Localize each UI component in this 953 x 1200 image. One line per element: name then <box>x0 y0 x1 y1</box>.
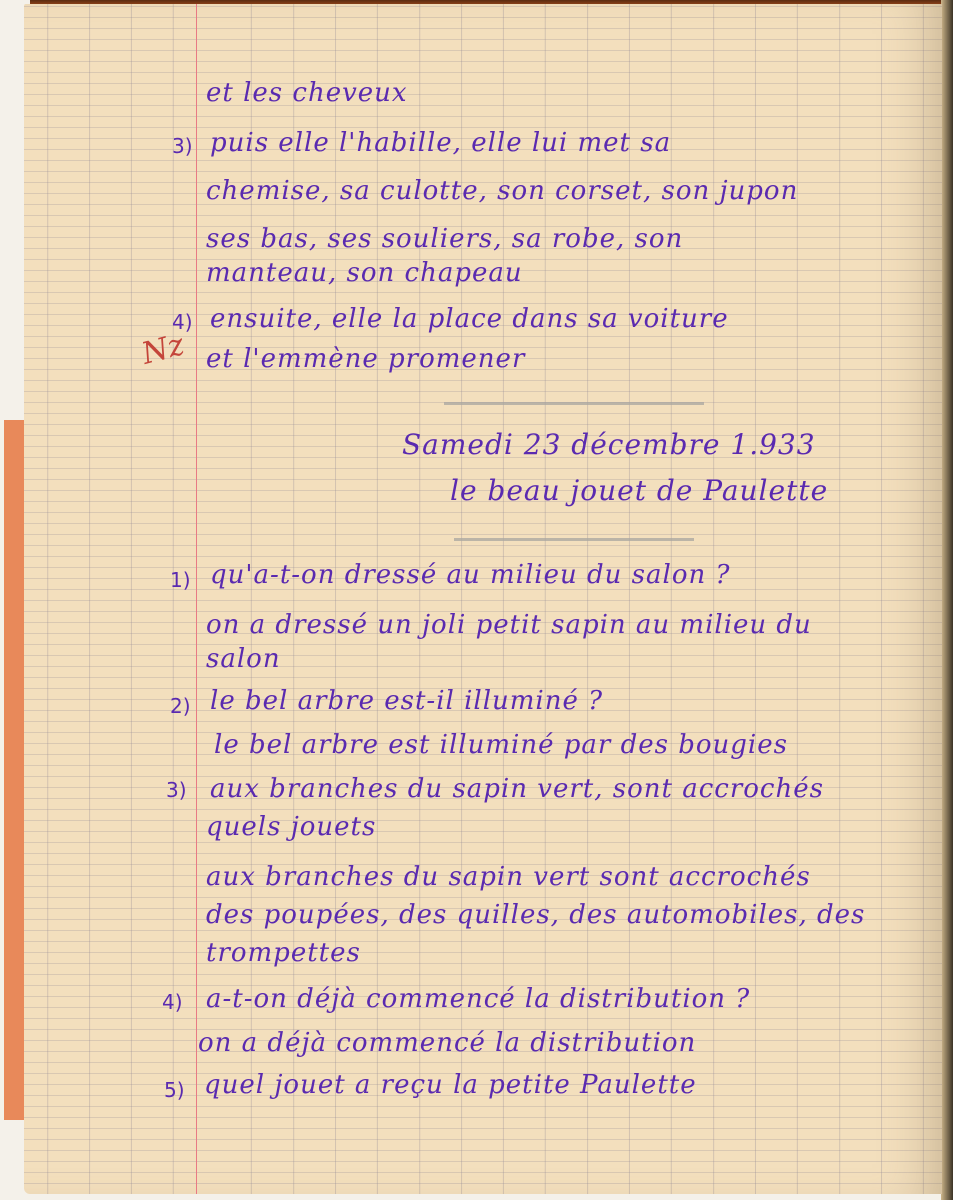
date-heading: Samedi 23 décembre 1.933 <box>402 428 816 461</box>
question-line: aux branches du sapin vert, sont accroch… <box>210 774 824 804</box>
answer-line: le bel arbre est illuminé par des bougie… <box>214 730 788 760</box>
answer-line: aux branches du sapin vert sont accroché… <box>206 862 811 892</box>
question-line: qu'a-t-on dressé au milieu du salon ? <box>210 560 730 590</box>
teacher-correction-mark: Nz <box>138 327 188 372</box>
question-line: quels jouets <box>206 812 376 842</box>
question-line: quel jouet a reçu la petite Paulette <box>204 1070 697 1100</box>
lesson-title: le beau jouet de Paulette <box>450 474 828 507</box>
margin-line <box>196 4 197 1194</box>
answer-line: des poupées, des quilles, des automobile… <box>206 900 865 930</box>
item-number: 5) <box>164 1078 185 1102</box>
answer-line: on a dressé un joli petit sapin au milie… <box>206 610 812 640</box>
notebook-page: et les cheveux 3) puis elle l'habille, e… <box>24 4 942 1194</box>
text-line: manteau, son chapeau <box>206 258 523 288</box>
answer-line: trompettes <box>206 938 361 968</box>
text-line: puis elle l'habille, elle lui met sa <box>210 128 671 158</box>
text-line: ses bas, ses souliers, sa robe, son <box>206 224 683 254</box>
text-line: et l'emmène promener <box>206 344 525 374</box>
text-line: et les cheveux <box>206 78 408 108</box>
pencil-rule <box>444 402 704 405</box>
text-line: ensuite, elle la place dans sa voiture <box>210 304 729 334</box>
item-number: 1) <box>170 568 191 592</box>
notebook-cover-left <box>4 420 26 1120</box>
question-line: le bel arbre est-il illuminé ? <box>210 686 603 716</box>
answer-line: on a déjà commencé la distribution <box>198 1028 696 1058</box>
pencil-rule <box>454 538 694 541</box>
notebook-binding <box>941 0 953 1200</box>
item-number: 2) <box>170 694 191 718</box>
item-number: 3) <box>172 134 193 158</box>
text-line: chemise, sa culotte, son corset, son jup… <box>206 176 798 206</box>
question-line: a-t-on déjà commencé la distribution ? <box>206 984 750 1014</box>
answer-line: salon <box>206 644 281 674</box>
item-number: 3) <box>166 778 187 802</box>
item-number: 4) <box>162 990 183 1014</box>
